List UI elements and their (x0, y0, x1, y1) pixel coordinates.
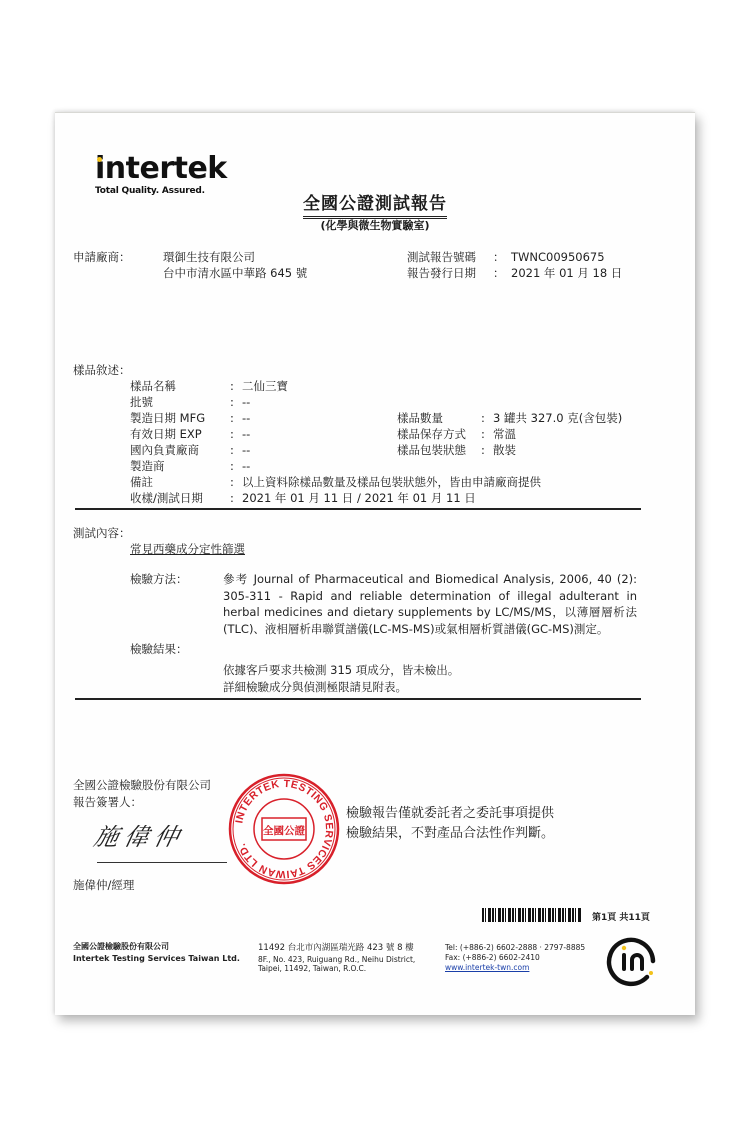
sample-field-value: 以上資料除樣品數量及樣品包裝狀態外，皆由申請廠商提供 (242, 474, 541, 490)
report-title-text: 全國公證測試報告 (303, 189, 447, 219)
sample-field-label: 樣品包裝狀態 (397, 442, 466, 458)
sample-field-value: -- (242, 394, 250, 410)
sample-field-value: -- (242, 410, 250, 426)
sample-field-label: 製造商 (130, 458, 165, 474)
report-page: intertek Total Quality. Assured. 全國公證測試報… (55, 112, 695, 1015)
result-line-2: 詳細檢驗成分與偵測極限請見附表。 (223, 679, 407, 695)
applicant-label: 申請廠商： (73, 249, 131, 265)
footer-address-zh: 11492 台北市內湖區瑞光路 423 號 8 樓 (258, 943, 414, 953)
signer-name-title: 施偉仲/經理 (73, 877, 134, 893)
signature-line (97, 862, 227, 863)
colon: : (481, 442, 485, 458)
sample-field-label: 備註 (130, 474, 153, 490)
method-text: 參考 Journal of Pharmaceutical and Biomedi… (223, 571, 637, 637)
sample-field-label: 批號 (130, 394, 153, 410)
colon: : (230, 410, 234, 426)
sample-field-value: -- (242, 426, 250, 442)
colon: : (230, 474, 234, 490)
company-name: 全國公證檢驗股份有限公司 (73, 777, 211, 793)
footer-company-zh: 全國公證檢驗股份有限公司 (73, 941, 169, 952)
colon: : (230, 458, 234, 474)
footer-website-link[interactable]: www.intertek-twn.com (445, 963, 529, 973)
footer-fax: Fax: (+886-2) 6602-2410 (445, 953, 540, 963)
footer-tel: Tel: (+886-2) 6602-2888 · 2797-8885 (445, 943, 585, 953)
signer-label: 報告簽署人： (73, 794, 142, 810)
sample-section-label: 樣品敘述： (73, 362, 131, 378)
footer-address-en-2: Taipei, 11492, Taiwan, R.O.C. (258, 964, 366, 974)
colon: : (481, 410, 485, 426)
sample-field-value: 二仙三寶 (242, 378, 288, 394)
colon: : (230, 426, 234, 442)
sample-field-label: 樣品數量 (397, 410, 443, 426)
report-number-label: 測試報告號碼 (407, 249, 476, 265)
colon: ： (493, 265, 505, 281)
colon: : (230, 442, 234, 458)
colon: : (230, 378, 234, 394)
company-seal-stamp: INTERTEK TESTING SERVICES TAIWAN LTD. 全國… (228, 773, 340, 885)
test-item: 常見西藥成分定性篩選 (130, 541, 245, 557)
disclaimer-line-2: 檢驗結果，不對產品合法性作判斷。 (346, 824, 554, 844)
sample-field-label: 國內負責廠商 (130, 442, 199, 458)
colon: ： (493, 249, 505, 265)
sample-field-label: 樣品名稱 (130, 378, 176, 394)
intertek-logo: intertek (95, 151, 227, 186)
intertek-in-logo-icon (603, 931, 659, 987)
test-section-label: 測試內容： (73, 525, 131, 541)
sample-field-label: 製造日期 MFG (130, 410, 205, 426)
report-date: 2021 年 01 月 18 日 (511, 265, 622, 281)
barcode (482, 908, 582, 922)
page-number: 第1頁 共11頁 (592, 910, 650, 923)
sample-field-value: -- (242, 458, 250, 474)
disclaimer-line-1: 檢驗報告僅就委託者之委託事項提供 (346, 804, 554, 824)
section-divider (75, 698, 641, 700)
logo-accent-dot (97, 157, 102, 162)
section-divider (75, 508, 641, 510)
report-title: 全國公證測試報告 (55, 189, 695, 219)
colon: : (481, 426, 485, 442)
footer-company-en: Intertek Testing Services Taiwan Ltd. (73, 953, 240, 964)
sample-field-value: 散裝 (493, 442, 516, 458)
applicant-address: 台中市清水區中華路 645 號 (163, 265, 307, 281)
report-number: TWNC00950675 (511, 249, 605, 265)
sample-field-label: 樣品保存方式 (397, 426, 466, 442)
sample-field-value: -- (242, 442, 250, 458)
sample-field-label: 有效日期 EXP (130, 426, 202, 442)
colon: : (230, 490, 234, 506)
report-date-label: 報告發行日期 (407, 265, 476, 281)
applicant-name: 環御生技有限公司 (163, 249, 255, 265)
report-subtitle: (化學與微生物實驗室) (55, 217, 695, 233)
sample-field-label: 收樣/測試日期 (130, 490, 203, 506)
colon: : (230, 394, 234, 410)
sample-field-value: 2021 年 01 月 11 日 / 2021 年 01 月 11 日 (242, 490, 476, 506)
svg-text:全國公證: 全國公證 (263, 824, 305, 837)
sample-field-value: 常溫 (493, 426, 516, 442)
result-label: 檢驗結果： (130, 641, 188, 657)
signature: 施偉仲 (91, 817, 188, 852)
sample-field-value: 3 罐共 327.0 克(含包裝) (493, 410, 622, 426)
method-label: 檢驗方法： (130, 571, 188, 587)
result-line-1: 依據客戶要求共檢測 315 項成分，皆未檢出。 (223, 662, 459, 678)
